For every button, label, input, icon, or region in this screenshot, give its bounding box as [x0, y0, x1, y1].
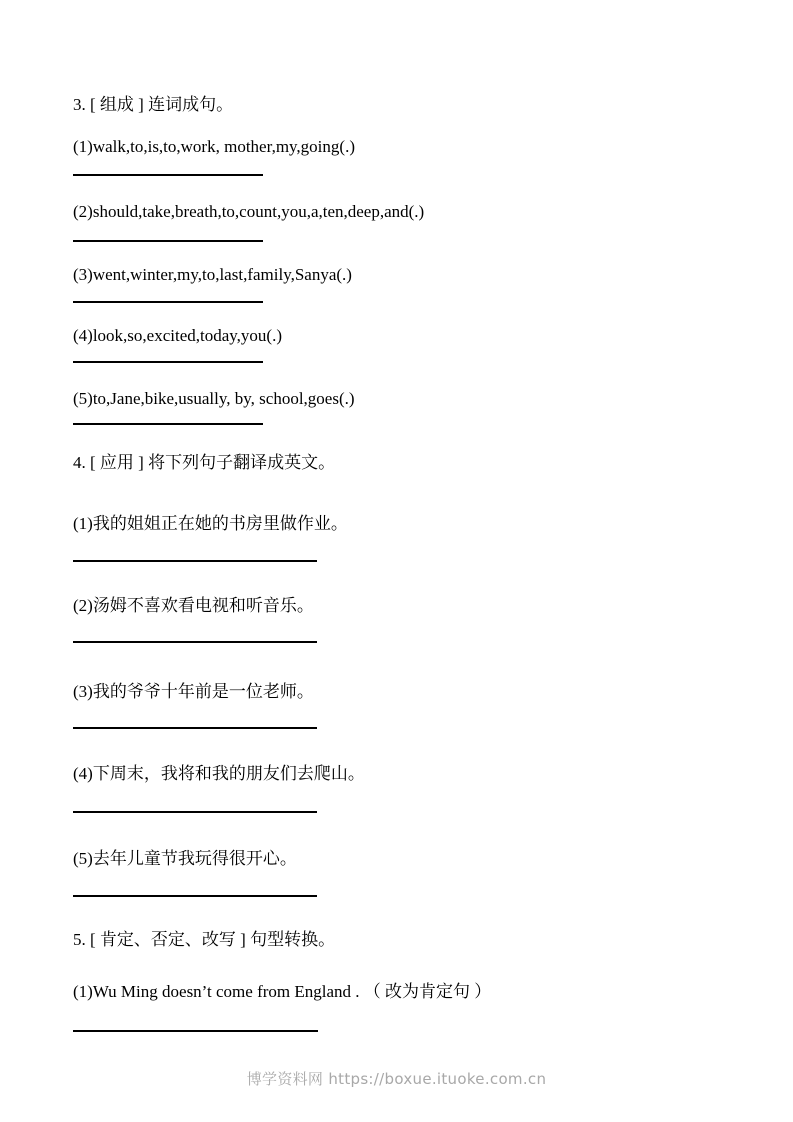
exercise-item: (3)went,winter,my,to,last,family,Sanya(.… [73, 264, 352, 286]
section-3-heading: 3. [ 组成 ] 连词成句。 [73, 94, 233, 116]
answer-blank [73, 423, 263, 425]
footer-site-name: 博学资料网 [247, 1070, 324, 1088]
worksheet-page: 3. [ 组成 ] 连词成句。 (1)walk,to,is,to,work, m… [0, 0, 793, 1122]
answer-blank [73, 361, 263, 363]
exercise-item: (5)去年儿童节我玩得很开心。 [73, 848, 297, 870]
section-4-heading: 4. [ 应用 ] 将下列句子翻译成英文。 [73, 452, 335, 474]
exercise-item: (2)should,take,breath,to,count,you,a,ten… [73, 201, 424, 223]
section-5-heading: 5. [ 肯定、否定、改写 ] 句型转换。 [73, 929, 335, 951]
answer-blank [73, 811, 317, 813]
exercise-item: (1)walk,to,is,to,work, mother,my,going(.… [73, 136, 355, 158]
exercise-item: (4)下周末，我将和我的朋友们去爬山。 [73, 763, 365, 785]
exercise-item: (1)Wu Ming doesn’t come from England . （… [73, 981, 491, 1003]
exercise-item: (2)汤姆不喜欢看电视和听音乐。 [73, 595, 314, 617]
exercise-item: (1)我的姐姐正在她的书房里做作业。 [73, 513, 348, 535]
answer-blank [73, 240, 263, 242]
footer-watermark: 博学资料网 https://boxue.ituoke.com.cn [0, 1068, 793, 1089]
answer-blank [73, 1030, 318, 1032]
exercise-item: (3)我的爷爷十年前是一位老师。 [73, 681, 314, 703]
exercise-item: (5)to,Jane,bike,usually, by, school,goes… [73, 388, 355, 410]
answer-blank [73, 641, 317, 643]
exercise-item: (4)look,so,excited,today,you(.) [73, 325, 282, 347]
answer-blank [73, 895, 317, 897]
answer-blank [73, 560, 317, 562]
answer-blank [73, 174, 263, 176]
answer-blank [73, 727, 317, 729]
answer-blank [73, 301, 263, 303]
footer-url: https://boxue.ituoke.com.cn [328, 1070, 546, 1088]
